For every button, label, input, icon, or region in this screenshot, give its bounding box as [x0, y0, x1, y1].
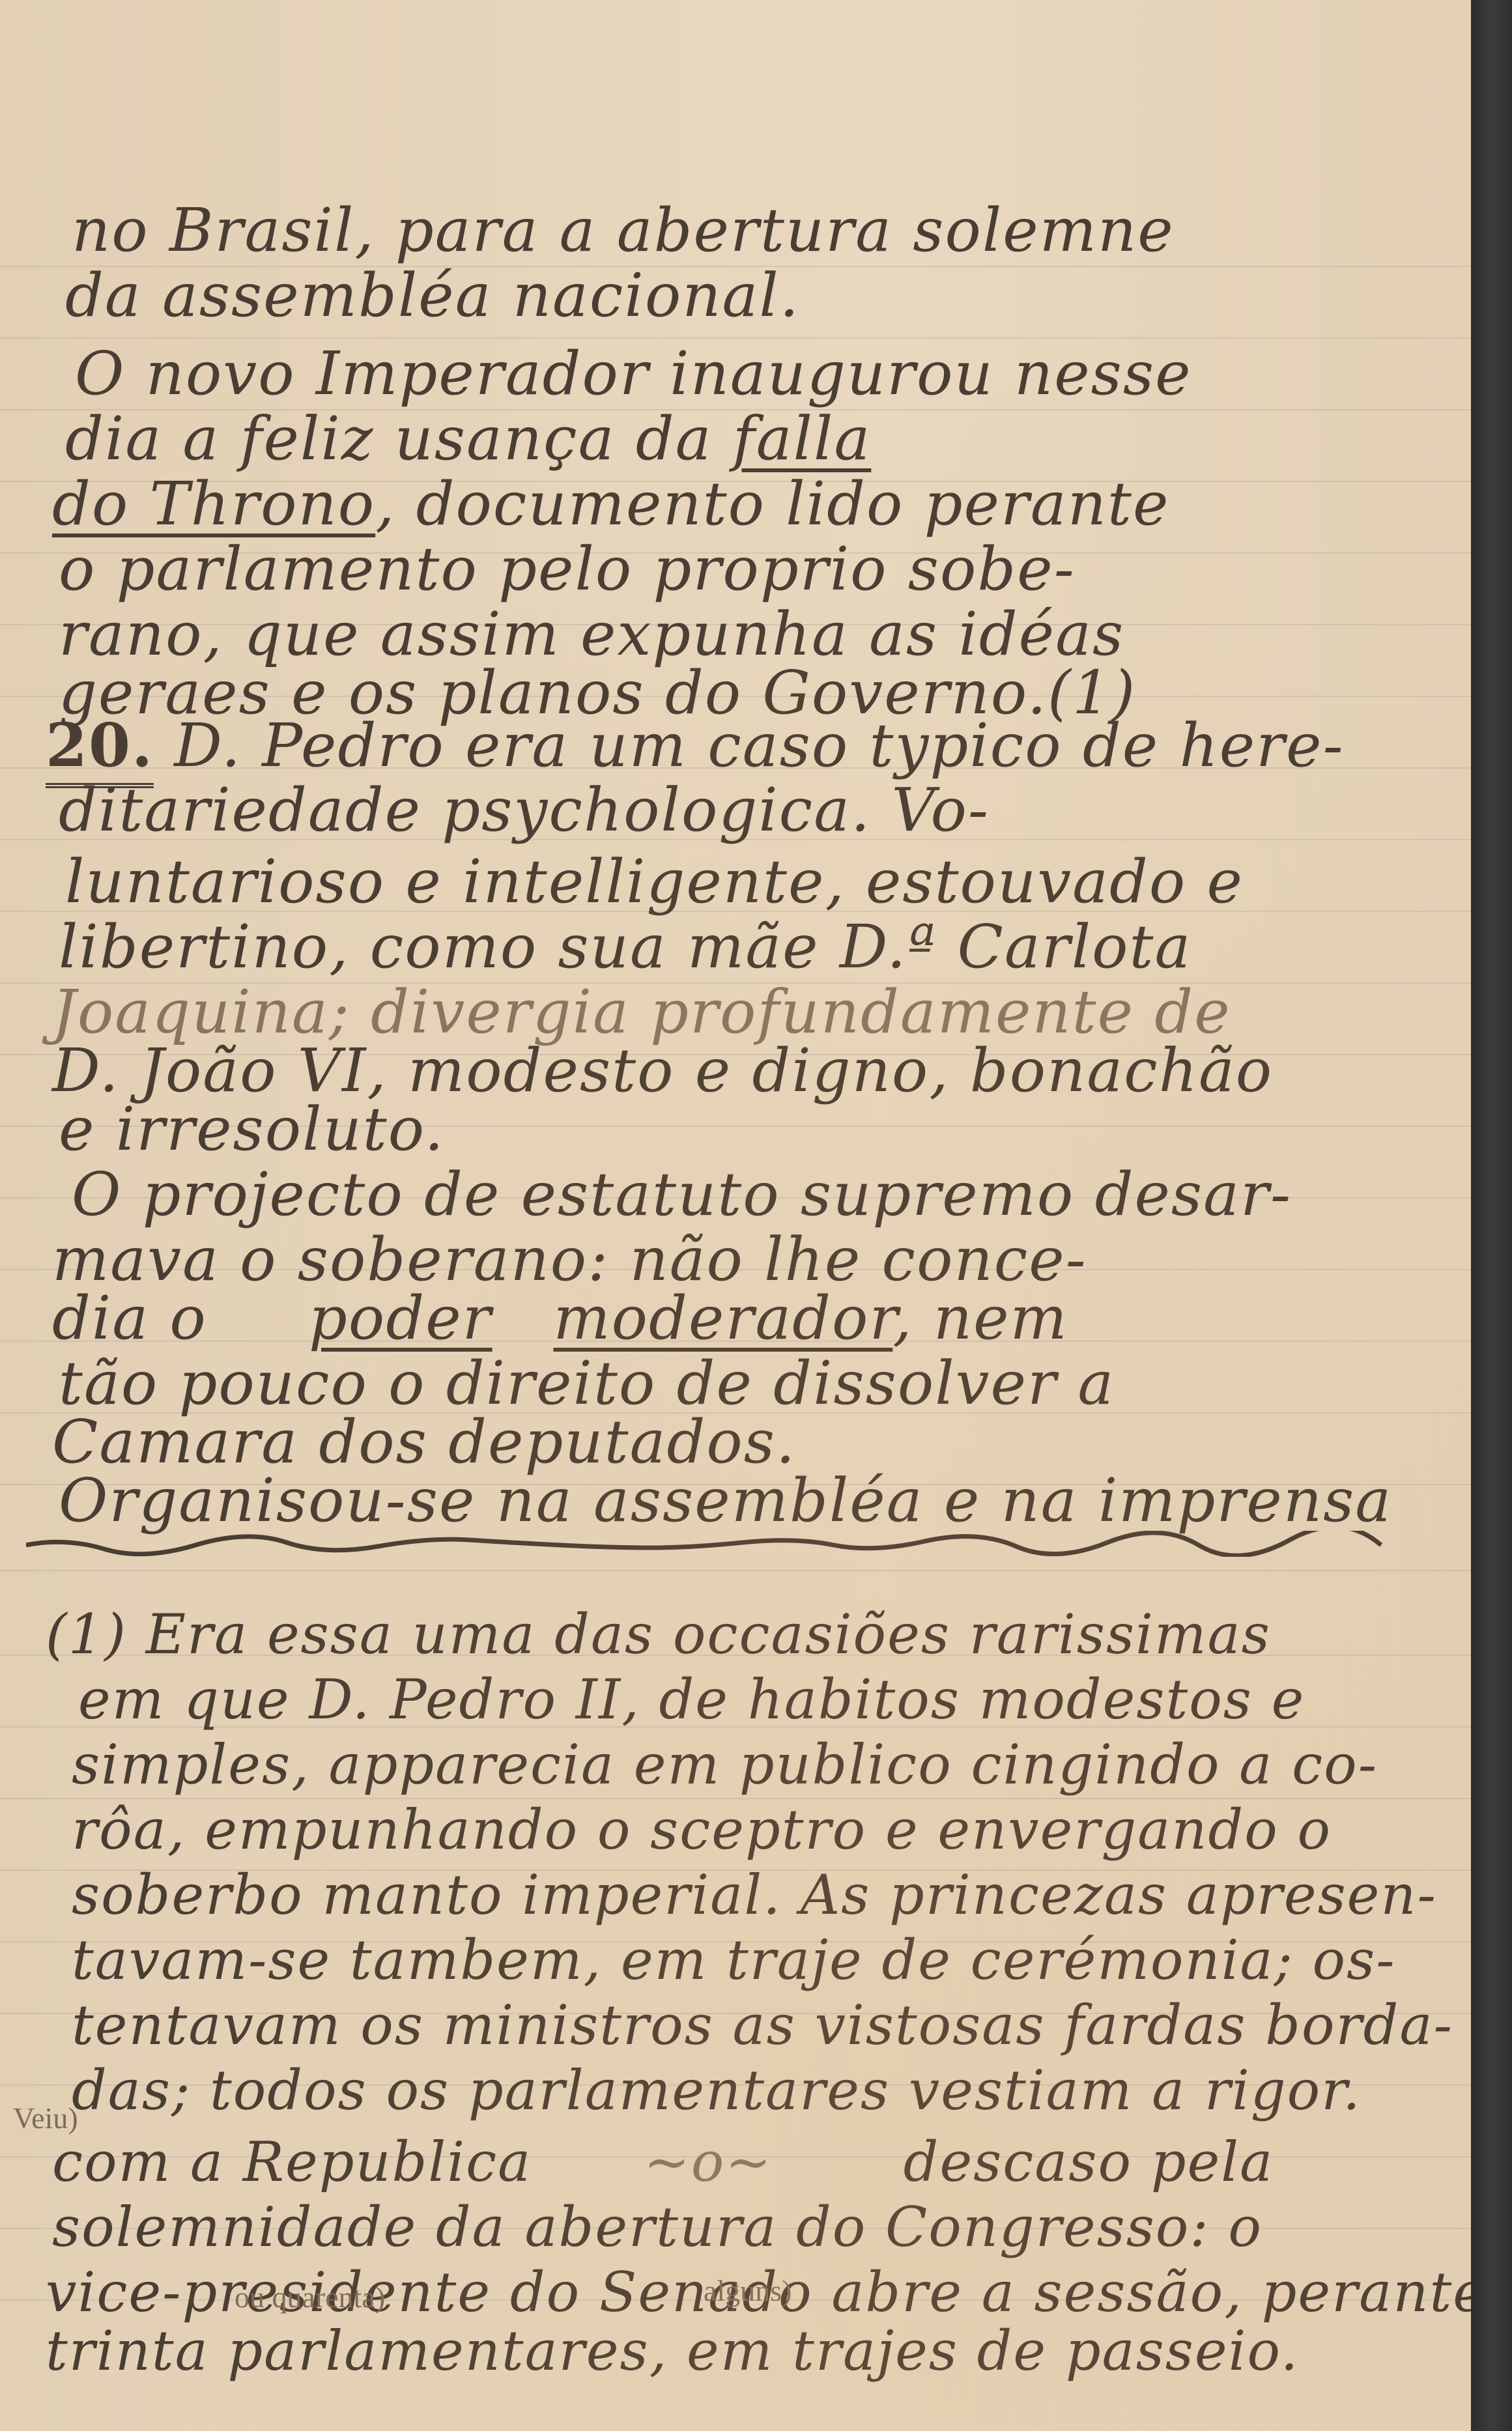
- underlined-term: poder: [309, 1283, 492, 1353]
- footnote-line: soberbo manto imperial. As princezas apr…: [72, 1863, 1437, 1927]
- body-line: dia o poder moderador, nem: [52, 1283, 1068, 1353]
- separator-glyph: ~o~: [644, 2130, 772, 2194]
- body-line: o parlamento pelo proprio sobe-: [59, 534, 1076, 604]
- body-line: e irresoluto.: [59, 1094, 445, 1164]
- underlined-term: moderador: [553, 1283, 892, 1353]
- footnote-line: solemnidade da abertura do Congresso: o: [52, 2195, 1262, 2259]
- body-text: dia a feliz usança da: [65, 404, 733, 474]
- underlined-term: do Throno: [52, 469, 375, 539]
- insert-annotation: ou quarenta): [235, 2280, 385, 2314]
- body-line: libertino, como sua mãe D.ª Carlota: [59, 912, 1191, 982]
- underlined-term: falla: [733, 404, 872, 474]
- body-text: , documento lido perante: [375, 469, 1169, 539]
- body-line: Organisou-se na assembléa e na imprensa: [59, 1466, 1392, 1535]
- footnote-line: trinta parlamentares, em trajes de passe…: [46, 2319, 1299, 2383]
- footnote-line: simples, apparecia em publico cingindo a…: [72, 1733, 1378, 1797]
- footnote-line: tavam-se tambem, em traje de cerémonia; …: [72, 1928, 1396, 1992]
- wavy-divider: [26, 1531, 1407, 1557]
- body-text: [492, 1283, 554, 1353]
- body-line: 20. D. Pedro era um caso typico de here-: [46, 710, 1345, 780]
- body-text: com a Republica: [52, 2130, 644, 2194]
- insert-annotation: alguns): [704, 2273, 792, 2308]
- footnote-line: tentavam os ministros as vistosas fardas…: [72, 1993, 1453, 2057]
- body-line: do Throno, documento lido perante: [52, 469, 1169, 539]
- footnote-line: rôa, empunhando o sceptro e envergando o: [72, 1798, 1332, 1862]
- body-line: O novo Imperador inaugurou nesse: [75, 339, 1192, 408]
- body-line: dia a feliz usança da falla: [65, 404, 871, 474]
- footnote-line: das; todos os parlamentares vestiam a ri…: [72, 2058, 1362, 2122]
- book-binding-edge: [1471, 0, 1512, 2431]
- body-line: da assembléa nacional.: [65, 261, 800, 330]
- manuscript-page: no Brasil, para a abertura solemne da as…: [0, 0, 1471, 2431]
- body-line: luntarioso e intelligente, estouvado e: [65, 847, 1244, 917]
- body-text: D. Pedro era um caso typico de here-: [154, 711, 1345, 780]
- footnote-line: (1) Era essa uma das occasiões rarissima…: [46, 1602, 1271, 1666]
- body-line: O projecto de estatuto supremo desar-: [72, 1159, 1292, 1229]
- body-line: ditariedade psychologica. Vo-: [59, 775, 990, 845]
- ruled-line: [0, 1570, 1471, 1571]
- footnote-line: com a Republica ~o~ descaso pela: [52, 2130, 1274, 2194]
- body-line: no Brasil, para a abertura solemne: [72, 195, 1175, 265]
- body-text: dia o: [52, 1283, 309, 1353]
- body-text: , nem: [892, 1283, 1068, 1353]
- footnote-line: em que D. Pedro II, de habitos modestos …: [78, 1668, 1305, 1731]
- body-text: descaso pela: [773, 2130, 1274, 2194]
